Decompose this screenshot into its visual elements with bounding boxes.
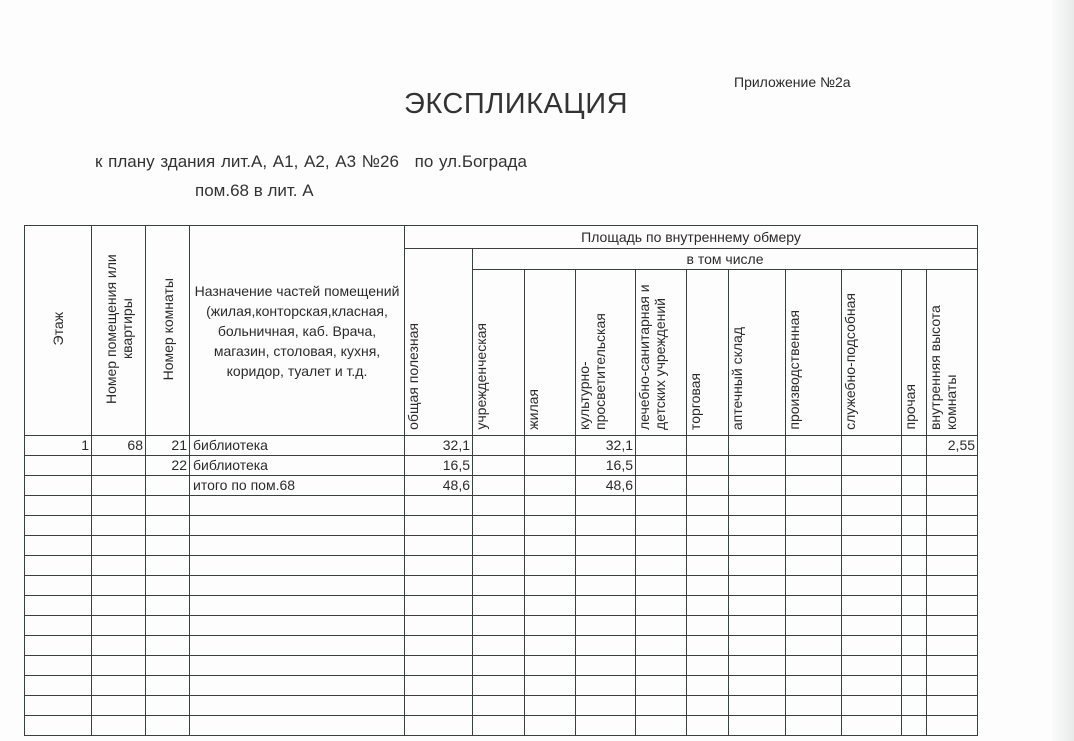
- cell-room: [146, 476, 190, 496]
- empty-cell-office: [473, 496, 525, 516]
- cell-other: [902, 476, 927, 496]
- empty-cell-cultural: [576, 696, 636, 716]
- empty-cell-premises: [92, 536, 146, 556]
- header-purpose: Назначение частей помещений (жилая,конто…: [190, 226, 405, 436]
- empty-cell-floor: [25, 596, 92, 616]
- empty-cell-cultural: [576, 636, 636, 656]
- empty-cell-room: [146, 556, 190, 576]
- empty-cell-living: [525, 516, 576, 536]
- empty-cell-living: [525, 616, 576, 636]
- plan-subtitle: к плану здания лит.А, А1, А2, А3 №26 по …: [95, 152, 527, 172]
- table-row: итого по пом.6848,648,6: [25, 476, 978, 496]
- empty-cell-premises: [92, 556, 146, 576]
- empty-cell-service: [842, 576, 902, 596]
- empty-cell-living: [525, 496, 576, 516]
- empty-cell-medical: [636, 496, 687, 516]
- empty-cell-production: [786, 656, 842, 676]
- empty-cell-office: [473, 516, 525, 536]
- empty-cell-living: [525, 656, 576, 676]
- empty-cell-office: [473, 656, 525, 676]
- empty-cell-medical: [636, 656, 687, 676]
- empty-cell-trade: [687, 636, 729, 656]
- empty-cell-medical: [636, 536, 687, 556]
- empty-cell-other: [902, 516, 927, 536]
- empty-cell-cultural: [576, 676, 636, 696]
- cell-purpose: библиотека: [190, 456, 405, 476]
- empty-cell-total: [405, 516, 473, 536]
- empty-cell-height: [927, 656, 978, 676]
- empty-cell-pharmacy: [729, 636, 786, 656]
- empty-cell-premises: [92, 656, 146, 676]
- header-trade: торговая: [687, 270, 729, 436]
- cell-service: [842, 476, 902, 496]
- empty-cell-pharmacy: [729, 596, 786, 616]
- cell-medical: [636, 436, 687, 456]
- cell-purpose: итого по пом.68: [190, 476, 405, 496]
- header-other: прочая: [902, 270, 927, 436]
- empty-cell-trade: [687, 716, 729, 736]
- empty-cell-office: [473, 556, 525, 576]
- empty-table-row: [25, 616, 978, 636]
- empty-cell-trade: [687, 656, 729, 676]
- empty-cell-total: [405, 556, 473, 576]
- cell-living: [525, 456, 576, 476]
- empty-cell-cultural: [576, 576, 636, 596]
- empty-cell-cultural: [576, 616, 636, 636]
- cell-office: [473, 476, 525, 496]
- empty-table-row: [25, 716, 978, 736]
- empty-cell-cultural: [576, 596, 636, 616]
- empty-cell-height: [927, 496, 978, 516]
- empty-cell-total: [405, 536, 473, 556]
- empty-cell-height: [927, 636, 978, 656]
- empty-cell-trade: [687, 596, 729, 616]
- empty-cell-trade: [687, 496, 729, 516]
- cell-trade: [687, 476, 729, 496]
- page-edge: [1052, 0, 1074, 741]
- empty-cell-living: [525, 636, 576, 656]
- empty-cell-trade: [687, 516, 729, 536]
- empty-cell-office: [473, 696, 525, 716]
- header-pharmacy: аптечный склад: [729, 270, 786, 436]
- empty-cell-cultural: [576, 536, 636, 556]
- empty-cell-medical: [636, 676, 687, 696]
- empty-cell-office: [473, 596, 525, 616]
- empty-cell-office: [473, 636, 525, 656]
- empty-cell-other: [902, 696, 927, 716]
- empty-cell-total: [405, 636, 473, 656]
- empty-table-row: [25, 536, 978, 556]
- empty-cell-total: [405, 676, 473, 696]
- cell-office: [473, 436, 525, 456]
- empty-cell-living: [525, 696, 576, 716]
- cell-total: 32,1: [405, 436, 473, 456]
- cell-trade: [687, 456, 729, 476]
- empty-cell-production: [786, 516, 842, 536]
- cell-office: [473, 456, 525, 476]
- empty-cell-production: [786, 676, 842, 696]
- empty-cell-total: [405, 696, 473, 716]
- empty-cell-living: [525, 576, 576, 596]
- empty-cell-trade: [687, 616, 729, 636]
- cell-living: [525, 436, 576, 456]
- empty-cell-other: [902, 716, 927, 736]
- cell-cultural: 48,6: [576, 476, 636, 496]
- document-title: ЭКСПЛИКАЦИЯ: [404, 88, 628, 121]
- cell-other: [902, 456, 927, 476]
- empty-cell-office: [473, 576, 525, 596]
- empty-table-row: [25, 656, 978, 676]
- empty-cell-production: [786, 616, 842, 636]
- empty-cell-living: [525, 556, 576, 576]
- empty-cell-production: [786, 696, 842, 716]
- cell-room: 22: [146, 456, 190, 476]
- empty-cell-cultural: [576, 716, 636, 736]
- empty-cell-floor: [25, 636, 92, 656]
- empty-cell-premises: [92, 676, 146, 696]
- empty-cell-premises: [92, 696, 146, 716]
- empty-cell-floor: [25, 656, 92, 676]
- empty-cell-trade: [687, 696, 729, 716]
- header-living: жилая: [525, 270, 576, 436]
- empty-cell-floor: [25, 516, 92, 536]
- cell-pharmacy: [729, 436, 786, 456]
- empty-cell-height: [927, 596, 978, 616]
- empty-cell-room: [146, 696, 190, 716]
- header-premises-number: Номер помещения или квартиры: [92, 226, 146, 436]
- empty-cell-office: [473, 676, 525, 696]
- empty-cell-room: [146, 496, 190, 516]
- empty-cell-office: [473, 716, 525, 736]
- empty-cell-room: [146, 516, 190, 536]
- empty-cell-floor: [25, 496, 92, 516]
- empty-cell-service: [842, 496, 902, 516]
- cell-other: [902, 436, 927, 456]
- empty-table-row: [25, 496, 978, 516]
- empty-cell-living: [525, 676, 576, 696]
- empty-cell-service: [842, 556, 902, 576]
- header-including: в том числе: [473, 249, 978, 270]
- empty-cell-service: [842, 536, 902, 556]
- empty-cell-height: [927, 616, 978, 636]
- empty-cell-service: [842, 616, 902, 636]
- empty-cell-total: [405, 716, 473, 736]
- empty-cell-room: [146, 636, 190, 656]
- cell-living: [525, 476, 576, 496]
- empty-cell-purpose: [190, 536, 405, 556]
- empty-cell-pharmacy: [729, 516, 786, 536]
- empty-cell-premises: [92, 576, 146, 596]
- cell-trade: [687, 436, 729, 456]
- cell-pharmacy: [729, 456, 786, 476]
- empty-cell-room: [146, 676, 190, 696]
- empty-cell-production: [786, 716, 842, 736]
- explication-table: Этаж Номер помещения или квартиры Номер …: [24, 225, 978, 736]
- cell-medical: [636, 456, 687, 476]
- table-row: 22библиотека16,516,5: [25, 456, 978, 476]
- table-row: 16821библиотека32,132,12,55: [25, 436, 978, 456]
- empty-cell-other: [902, 676, 927, 696]
- empty-cell-production: [786, 576, 842, 596]
- empty-cell-medical: [636, 696, 687, 716]
- header-service: служебно-подсобная: [842, 270, 902, 436]
- empty-cell-height: [927, 536, 978, 556]
- empty-cell-cultural: [576, 656, 636, 676]
- empty-table-row: [25, 676, 978, 696]
- empty-cell-premises: [92, 496, 146, 516]
- empty-cell-total: [405, 596, 473, 616]
- empty-cell-medical: [636, 556, 687, 576]
- cell-production: [786, 456, 842, 476]
- empty-cell-room: [146, 656, 190, 676]
- empty-cell-floor: [25, 696, 92, 716]
- empty-cell-other: [902, 636, 927, 656]
- empty-cell-premises: [92, 636, 146, 656]
- empty-table-row: [25, 516, 978, 536]
- cell-premises: 68: [92, 436, 146, 456]
- empty-cell-height: [927, 576, 978, 596]
- cell-height: 2,55: [927, 436, 978, 456]
- cell-height: [927, 476, 978, 496]
- empty-cell-room: [146, 536, 190, 556]
- cell-purpose: библиотека: [190, 436, 405, 456]
- cell-floor: [25, 456, 92, 476]
- empty-cell-total: [405, 496, 473, 516]
- empty-cell-pharmacy: [729, 536, 786, 556]
- empty-cell-service: [842, 516, 902, 536]
- empty-cell-trade: [687, 536, 729, 556]
- empty-cell-medical: [636, 636, 687, 656]
- cell-premises: [92, 456, 146, 476]
- empty-cell-service: [842, 656, 902, 676]
- empty-cell-purpose: [190, 596, 405, 616]
- empty-cell-trade: [687, 556, 729, 576]
- empty-cell-purpose: [190, 496, 405, 516]
- empty-cell-medical: [636, 596, 687, 616]
- empty-cell-other: [902, 496, 927, 516]
- empty-cell-floor: [25, 616, 92, 636]
- empty-cell-service: [842, 676, 902, 696]
- empty-cell-other: [902, 656, 927, 676]
- cell-premises: [92, 476, 146, 496]
- cell-service: [842, 456, 902, 476]
- header-production: производственная: [786, 270, 842, 436]
- empty-cell-purpose: [190, 636, 405, 656]
- empty-cell-production: [786, 536, 842, 556]
- empty-cell-floor: [25, 716, 92, 736]
- cell-production: [786, 476, 842, 496]
- empty-cell-purpose: [190, 576, 405, 596]
- empty-cell-height: [927, 556, 978, 576]
- empty-cell-living: [525, 536, 576, 556]
- empty-cell-cultural: [576, 496, 636, 516]
- empty-cell-room: [146, 596, 190, 616]
- empty-cell-production: [786, 596, 842, 616]
- empty-cell-living: [525, 716, 576, 736]
- empty-cell-other: [902, 556, 927, 576]
- header-total-useful: общая полезная: [405, 249, 473, 436]
- cell-pharmacy: [729, 476, 786, 496]
- empty-cell-office: [473, 616, 525, 636]
- empty-cell-premises: [92, 596, 146, 616]
- empty-cell-purpose: [190, 676, 405, 696]
- empty-table-row: [25, 596, 978, 616]
- empty-cell-pharmacy: [729, 676, 786, 696]
- empty-table-row: [25, 696, 978, 716]
- empty-cell-floor: [25, 576, 92, 596]
- empty-cell-purpose: [190, 616, 405, 636]
- empty-cell-height: [927, 516, 978, 536]
- premises-subtitle: пом.68 в лит. А: [195, 181, 314, 201]
- empty-cell-service: [842, 596, 902, 616]
- empty-cell-floor: [25, 676, 92, 696]
- empty-cell-pharmacy: [729, 716, 786, 736]
- empty-cell-total: [405, 576, 473, 596]
- empty-cell-cultural: [576, 516, 636, 536]
- empty-cell-medical: [636, 516, 687, 536]
- empty-cell-purpose: [190, 656, 405, 676]
- empty-cell-height: [927, 676, 978, 696]
- empty-cell-trade: [687, 576, 729, 596]
- empty-cell-room: [146, 616, 190, 636]
- cell-cultural: 32,1: [576, 436, 636, 456]
- empty-cell-medical: [636, 716, 687, 736]
- cell-cultural: 16,5: [576, 456, 636, 476]
- empty-cell-room: [146, 576, 190, 596]
- appendix-label: Приложение №2а: [734, 74, 851, 90]
- empty-cell-service: [842, 696, 902, 716]
- empty-cell-pharmacy: [729, 696, 786, 716]
- header-height: внутренняя высота комнаты: [927, 270, 978, 436]
- empty-cell-premises: [92, 716, 146, 736]
- empty-cell-service: [842, 716, 902, 736]
- empty-cell-purpose: [190, 556, 405, 576]
- empty-cell-other: [902, 576, 927, 596]
- cell-floor: [25, 476, 92, 496]
- cell-service: [842, 436, 902, 456]
- empty-cell-floor: [25, 556, 92, 576]
- empty-cell-purpose: [190, 716, 405, 736]
- empty-cell-living: [525, 596, 576, 616]
- empty-cell-pharmacy: [729, 496, 786, 516]
- empty-cell-pharmacy: [729, 576, 786, 596]
- header-office: учрежденческая: [473, 270, 525, 436]
- empty-cell-floor: [25, 536, 92, 556]
- empty-cell-pharmacy: [729, 616, 786, 636]
- empty-cell-room: [146, 716, 190, 736]
- empty-cell-trade: [687, 676, 729, 696]
- cell-floor: 1: [25, 436, 92, 456]
- empty-cell-other: [902, 616, 927, 636]
- header-medical: лечебно-санитарная и детских учреждений: [636, 270, 687, 436]
- cell-medical: [636, 476, 687, 496]
- empty-cell-production: [786, 636, 842, 656]
- empty-cell-pharmacy: [729, 656, 786, 676]
- header-area-group: Площадь по внутреннему обмеру: [405, 226, 978, 249]
- empty-cell-pharmacy: [729, 556, 786, 576]
- empty-cell-total: [405, 656, 473, 676]
- empty-table-row: [25, 556, 978, 576]
- header-floor: Этаж: [25, 226, 92, 436]
- empty-cell-service: [842, 636, 902, 656]
- empty-cell-premises: [92, 516, 146, 536]
- empty-cell-medical: [636, 616, 687, 636]
- cell-total: 16,5: [405, 456, 473, 476]
- empty-table-row: [25, 576, 978, 596]
- cell-room: 21: [146, 436, 190, 456]
- cell-height: [927, 456, 978, 476]
- plan-reference: к плану здания лит.А, А1, А2, А3 №26: [95, 152, 399, 171]
- empty-cell-total: [405, 616, 473, 636]
- cell-total: 48,6: [405, 476, 473, 496]
- empty-cell-production: [786, 496, 842, 516]
- cell-production: [786, 436, 842, 456]
- empty-cell-production: [786, 556, 842, 576]
- street-reference: по ул.Бограда: [415, 152, 527, 171]
- empty-cell-cultural: [576, 556, 636, 576]
- empty-cell-height: [927, 696, 978, 716]
- empty-cell-office: [473, 536, 525, 556]
- empty-cell-premises: [92, 616, 146, 636]
- empty-cell-medical: [636, 576, 687, 596]
- header-cultural: культурно-просветительская: [576, 270, 636, 436]
- empty-cell-height: [927, 716, 978, 736]
- empty-cell-other: [902, 596, 927, 616]
- empty-cell-other: [902, 536, 927, 556]
- header-room-number: Номер комнаты: [146, 226, 190, 436]
- empty-cell-purpose: [190, 516, 405, 536]
- empty-cell-purpose: [190, 696, 405, 716]
- empty-table-row: [25, 636, 978, 656]
